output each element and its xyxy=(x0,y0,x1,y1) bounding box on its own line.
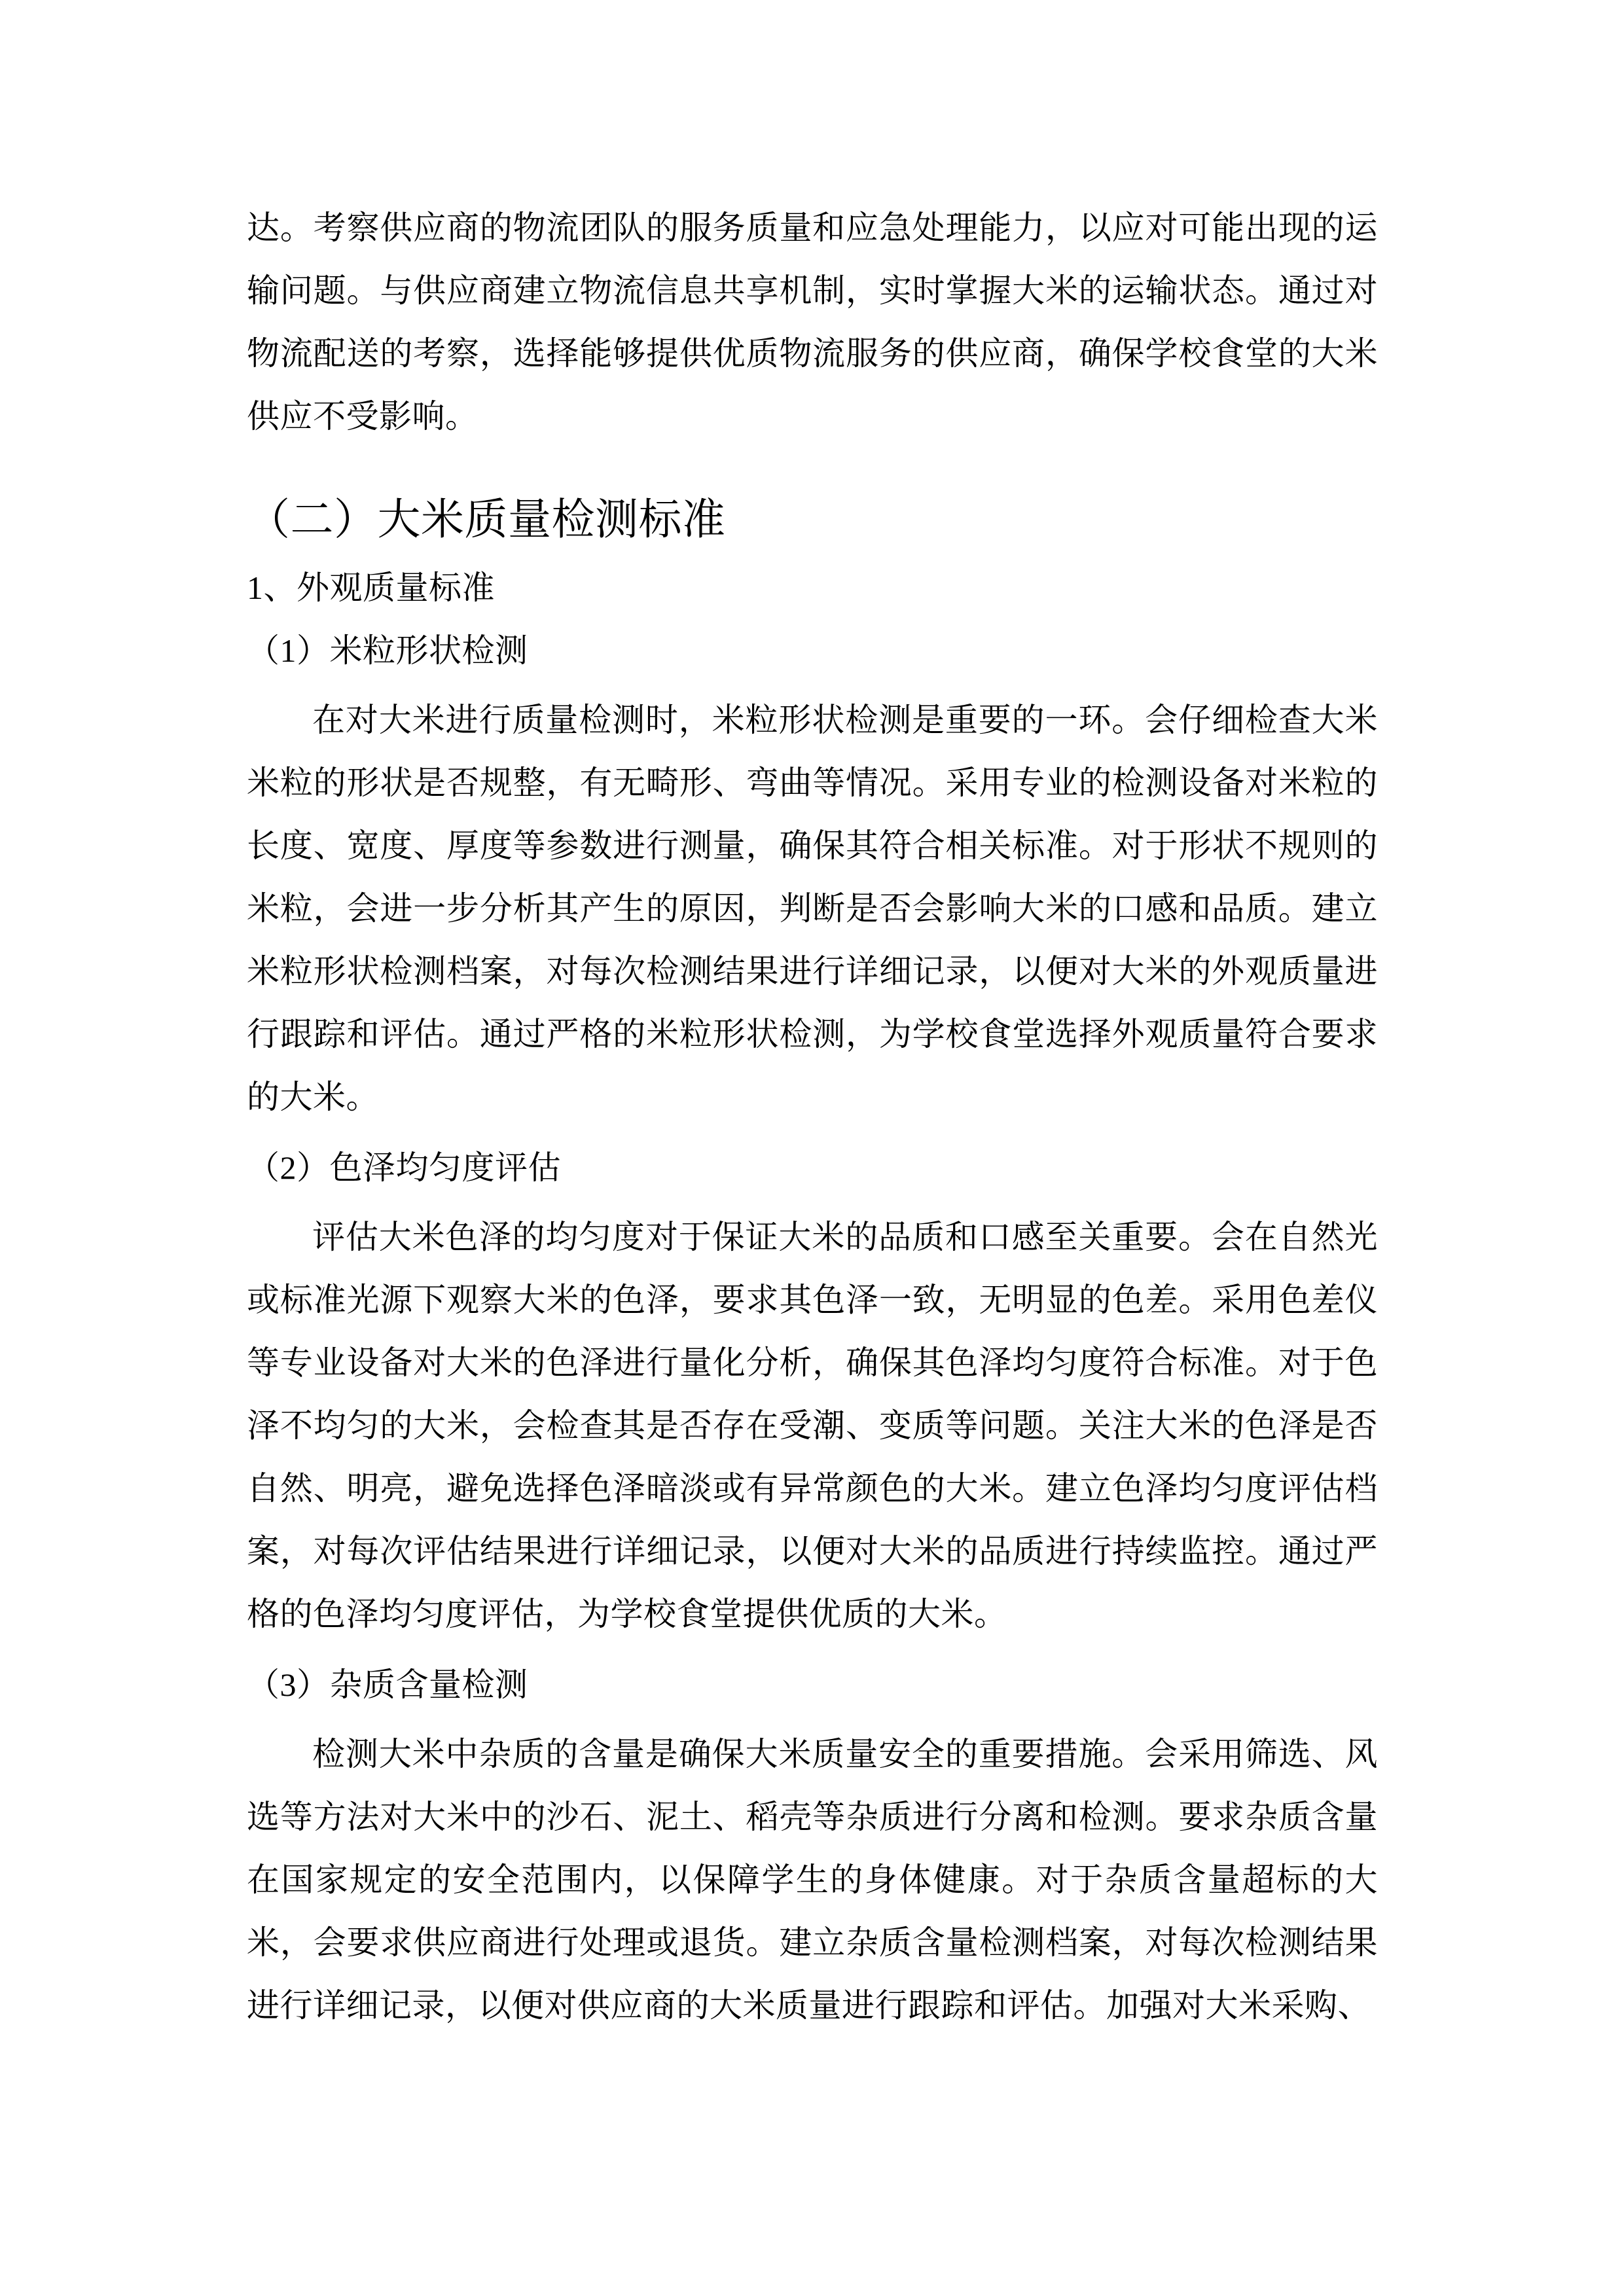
section-heading: （二）大米质量检测标准 xyxy=(247,484,1378,556)
continuation-paragraph: 达。考察供应商的物流团队的服务质量和应急处理能力，以应对可能出现的运输问题。与供… xyxy=(247,196,1378,448)
page-content: 达。考察供应商的物流团队的服务质量和应急处理能力，以应对可能出现的运输问题。与供… xyxy=(247,196,1378,2037)
item-2-body: 评估大米色泽的均匀度对于保证大米的品质和口感至关重要。会在自然光或标准光源下观察… xyxy=(247,1206,1378,1645)
item-1-body: 在对大米进行质量检测时，米粒形状检测是重要的一环。会仔细检查大米米粒的形状是否规… xyxy=(247,689,1378,1128)
item-3-body: 检测大米中杂质的含量是确保大米质量安全的重要措施。会采用筛选、风选等方法对大米中… xyxy=(247,1723,1378,2037)
document-page: 达。考察供应商的物流团队的服务质量和应急处理能力，以应对可能出现的运输问题。与供… xyxy=(0,0,1624,2296)
item-3-title: （3）杂质含量检测 xyxy=(247,1653,1378,1716)
item-2-title: （2）色泽均匀度评估 xyxy=(247,1136,1378,1199)
subsection-heading: 1、外观质量标准 xyxy=(247,556,1378,619)
item-1-title: （1）米粒形状检测 xyxy=(247,619,1378,682)
